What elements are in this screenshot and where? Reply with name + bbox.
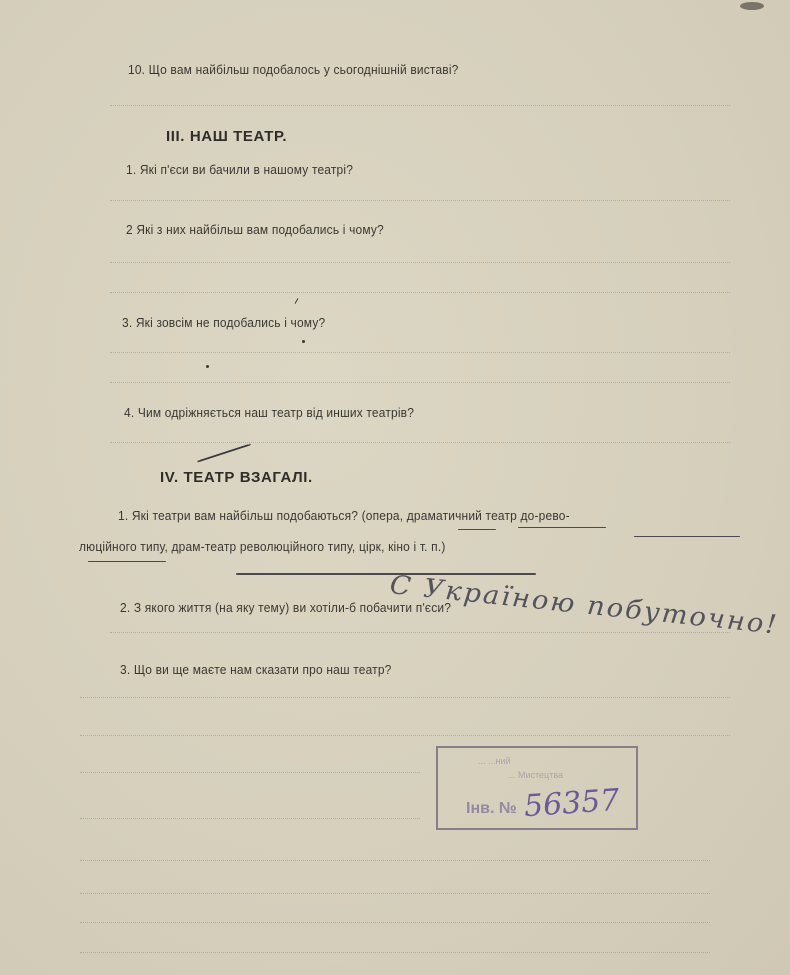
archive-stamp: ... ...ний ... Мистецтва Інв. № 56357 bbox=[436, 746, 638, 830]
question-iii-4: 4. Чим одріжняється наш театр від инших … bbox=[124, 405, 414, 420]
question-text: Які театри вам найбільш подобаються? (оп… bbox=[132, 508, 570, 523]
question-iv-1-continuation: люційного типу, драм-театр революційного… bbox=[79, 539, 446, 554]
answer-line bbox=[80, 697, 730, 698]
answer-line bbox=[110, 442, 730, 443]
question-iv-2: 2. З якого життя (на яку тему) ви хотіли… bbox=[120, 600, 451, 615]
question-number: 3. bbox=[122, 315, 132, 330]
question-10: 10. Що вам найбільш подобалось у сьогодн… bbox=[128, 62, 459, 77]
answer-line bbox=[80, 818, 420, 819]
answer-line bbox=[80, 772, 420, 773]
question-number: 2 bbox=[126, 222, 133, 237]
question-number: 4. bbox=[124, 405, 134, 420]
question-text: З якого життя (на яку тему) ви хотіли-б … bbox=[134, 600, 451, 615]
ink-speck bbox=[295, 298, 299, 304]
question-number: 2. bbox=[120, 600, 130, 615]
answer-line bbox=[110, 632, 730, 633]
answer-line bbox=[110, 200, 730, 201]
inventory-number: 56357 bbox=[523, 783, 621, 825]
answer-line bbox=[80, 893, 710, 894]
question-text: Чим одріжняється наш театр від инших теа… bbox=[138, 405, 414, 420]
stamp-line-2: ... Мистецтва bbox=[508, 770, 563, 780]
underline-drama bbox=[518, 527, 606, 528]
section-title-iv: IV. ТЕАТР ВЗАГАЛІ. bbox=[160, 469, 313, 486]
question-iii-2: 2 Які з них найбільш вам подобались і чо… bbox=[126, 222, 384, 237]
stamp-line-1: ... ...ний bbox=[478, 756, 511, 766]
handwritten-answer: С Україною побуточно! bbox=[388, 570, 780, 641]
section-title-iii: III. НАШ ТЕАТР. bbox=[166, 128, 287, 145]
pen-stroke bbox=[236, 573, 536, 575]
answer-line bbox=[80, 922, 710, 923]
question-iv-1: 1. Які театри вам найбільш подобаються? … bbox=[118, 508, 570, 523]
answer-line bbox=[80, 735, 730, 736]
question-number: 1. bbox=[118, 508, 128, 523]
ink-blot bbox=[740, 2, 764, 10]
answer-line bbox=[110, 382, 730, 383]
question-number: 1. bbox=[126, 162, 136, 177]
question-iii-1: 1. Які п'єси ви бачили в нашому театрі? bbox=[126, 162, 353, 177]
question-number: 10. bbox=[128, 62, 145, 77]
question-iv-3: 3. Що ви ще маєте нам сказати про наш те… bbox=[120, 662, 392, 677]
question-text: Які п'єси ви бачили в нашому театрі? bbox=[140, 162, 353, 177]
question-text: Що вам найбільш подобалось у сьогоднішні… bbox=[149, 62, 459, 77]
answer-line bbox=[110, 105, 730, 106]
question-number: 3. bbox=[120, 662, 130, 677]
pen-stroke bbox=[88, 561, 166, 562]
ink-speck bbox=[206, 365, 209, 368]
ink-speck bbox=[302, 340, 305, 343]
answer-line bbox=[110, 292, 730, 293]
answer-line bbox=[80, 860, 710, 861]
answer-line bbox=[110, 262, 730, 263]
pen-mark bbox=[197, 443, 251, 462]
question-text: Що ви ще маєте нам сказати про наш театр… bbox=[134, 662, 392, 677]
question-text: Які з них найбільш вам подобались і чому… bbox=[136, 222, 384, 237]
answer-line bbox=[80, 952, 710, 953]
questionnaire-page: 10. Що вам найбільш подобалось у сьогодн… bbox=[0, 0, 790, 975]
answer-line bbox=[110, 352, 730, 353]
inventory-label: Інв. № bbox=[466, 800, 517, 818]
question-text: Які зовсім не подобались і чому? bbox=[136, 315, 325, 330]
pen-stroke bbox=[634, 536, 740, 537]
question-iii-3: 3. Які зовсім не подобались і чому? bbox=[122, 315, 325, 330]
underline-opera bbox=[458, 529, 496, 530]
